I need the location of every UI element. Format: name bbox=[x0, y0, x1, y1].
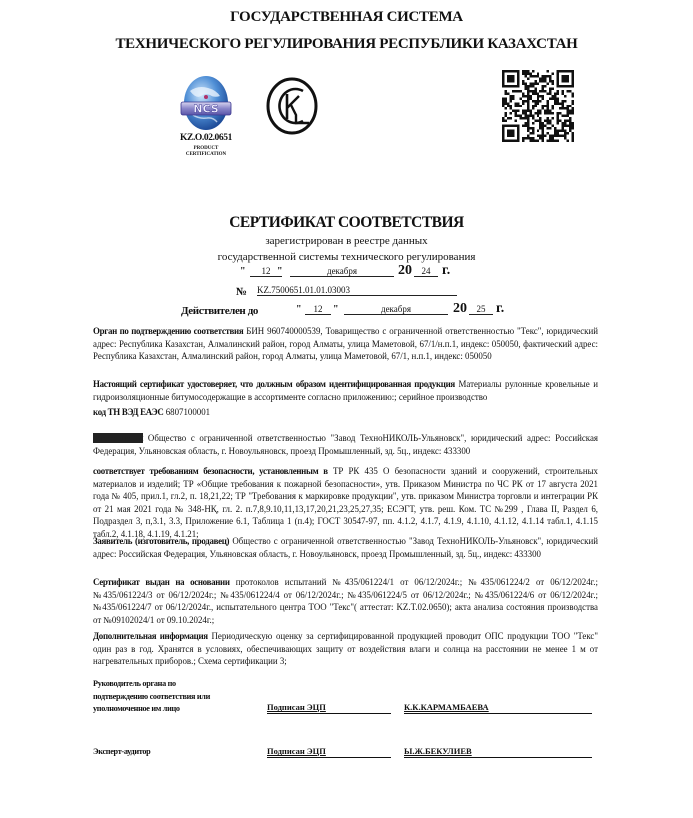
registered-line-2: государственной системы технического рег… bbox=[0, 251, 693, 263]
certification-body-section: Орган по подтверждению соответствия БИН … bbox=[93, 325, 598, 363]
manufacturer-section: изготовления Общество с ограниченной отв… bbox=[93, 432, 598, 457]
valid-century: 20 bbox=[453, 301, 467, 317]
issue-year: 24 bbox=[414, 266, 438, 277]
valid-year-suffix: г. bbox=[496, 301, 504, 317]
header-line-1: ГОСУДАРСТВЕННАЯ СИСТЕМА bbox=[0, 9, 693, 26]
basis-section: Сертификат выдан на основании протоколов… bbox=[93, 576, 598, 626]
valid-year: 25 bbox=[469, 304, 493, 315]
head-signatory-name: К.К.КАРМАМБАЕВА bbox=[404, 702, 592, 714]
basis-label: Сертификат выдан на основании bbox=[93, 577, 230, 587]
expert-name: Ы.Ж.БЕКУЛИЕВ bbox=[404, 746, 592, 758]
valid-until-label: Действителен до bbox=[181, 305, 258, 317]
additional-info-section: Дополнительная информация Периодическую … bbox=[93, 630, 598, 668]
quote-close: " bbox=[333, 304, 339, 315]
certificate-title: СЕРТИФИКАТ СООТВЕТСТВИЯ bbox=[0, 214, 693, 232]
expert-auditor-label: Эксперт-аудитор bbox=[93, 746, 150, 759]
accreditation-code: KZ.O.02.0651 bbox=[163, 133, 249, 143]
issue-month: декабря bbox=[290, 266, 394, 277]
manufacturer-label: изготовления bbox=[93, 433, 143, 443]
requirements-label: соответствует требованиям безопасности, … bbox=[93, 466, 328, 476]
applicant-section: Заявитель (изготовитель, продавец) Общес… bbox=[93, 535, 598, 560]
certificate-number: KZ.7500651.01.01.03003 bbox=[257, 285, 457, 296]
product-certification-caption: PRODUCT CERTIFICATION bbox=[163, 146, 249, 158]
head-label-line-1: Руководитель органа по bbox=[93, 678, 210, 691]
product-section: Настоящий сертификат удостоверяет, что д… bbox=[93, 378, 598, 403]
issue-century: 20 bbox=[398, 263, 412, 279]
quote-close: " bbox=[277, 266, 283, 277]
registered-line-1: зарегистрирован в реестре данных bbox=[0, 235, 693, 247]
requirements-section: соответствует требованиям безопасности, … bbox=[93, 465, 598, 541]
number-label: № bbox=[236, 286, 247, 298]
valid-month: декабря bbox=[344, 304, 448, 315]
certification-body-label: Орган по подтверждению соответствия bbox=[93, 326, 243, 336]
requirements-text: ТР РК 435 О безопасности зданий и сооруж… bbox=[93, 466, 598, 539]
additional-info-label: Дополнительная информация bbox=[93, 631, 208, 641]
head-label-line-3: уполномоченное им лицо bbox=[93, 703, 210, 716]
quote-open: " bbox=[296, 304, 302, 315]
issue-year-suffix: г. bbox=[442, 263, 450, 279]
product-label: Настоящий сертификат удостоверяет, что д… bbox=[93, 379, 455, 389]
head-label-line-2: подтверждению соответствия или bbox=[93, 691, 210, 704]
header-line-2: ТЕХНИЧЕСКОГО РЕГУЛИРОВАНИЯ РЕСПУБЛИКИ КА… bbox=[0, 36, 693, 53]
caption-line-2: CERTIFICATION bbox=[163, 152, 249, 158]
head-signatory-label: Руководитель органа по подтверждению соо… bbox=[93, 678, 210, 716]
tn-ved-section: код ТН ВЭД ЕАЭС 6807100001 bbox=[93, 406, 598, 419]
manufacturer-text: Общество с ограниченной ответственностью… bbox=[93, 433, 598, 456]
svg-text:NCS: NCS bbox=[193, 103, 218, 116]
globe-ncs-logo-icon: NCS bbox=[175, 75, 237, 135]
tn-ved-code: 6807100001 bbox=[166, 407, 210, 417]
tn-ved-label: код ТН ВЭД ЕАЭС bbox=[93, 407, 163, 417]
valid-day: 12 bbox=[305, 304, 331, 315]
qr-code-icon[interactable] bbox=[502, 70, 574, 142]
kz-conformity-mark-icon bbox=[265, 77, 319, 135]
quote-open: " bbox=[240, 266, 246, 277]
applicant-label: Заявитель (изготовитель, продавец) bbox=[93, 536, 229, 546]
expert-digital-signature: Подписан ЭЦП bbox=[267, 746, 391, 758]
head-digital-signature: Подписан ЭЦП bbox=[267, 702, 391, 714]
